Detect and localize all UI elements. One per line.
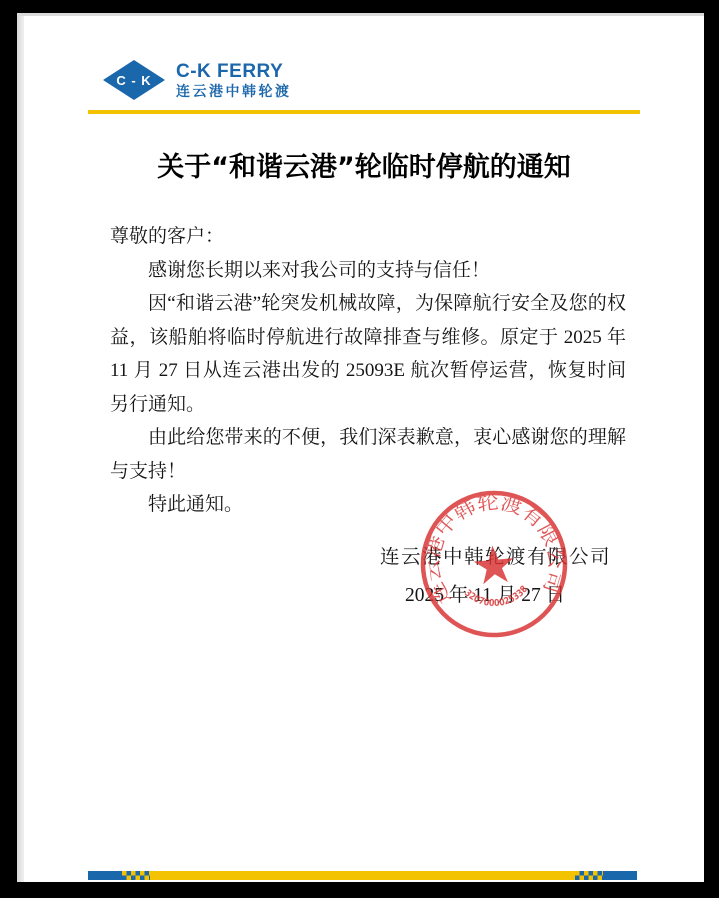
logo-diamond-icon: C - K <box>103 60 165 100</box>
footer-bar-checker-left <box>122 871 150 880</box>
salutation: 尊敬的客户： <box>110 220 626 254</box>
paragraph-2: 因“和谐云港”轮突发机械故障，为保障航行安全及您的权益，该船舶将临时停航进行故障… <box>110 287 626 421</box>
company-logo: C - K C-K FERRY 连云港中韩轮渡 <box>103 60 292 100</box>
header-divider-rule <box>88 110 640 114</box>
logo-diamond-text: C - K <box>116 73 151 88</box>
paragraph-1: 感谢您长期以来对我公司的支持与信任！ <box>110 254 626 288</box>
logo-text-block: C-K FERRY 连云港中韩轮渡 <box>176 61 292 99</box>
footer-decorative-bar <box>88 871 637 880</box>
footer-bar-blue-left <box>88 871 122 880</box>
footer-bar-blue-right <box>603 871 637 880</box>
notice-body: 尊敬的客户： 感谢您长期以来对我公司的支持与信任！ 因“和谐云港”轮突发机械故障… <box>110 220 626 522</box>
notice-page: C - K C-K FERRY 连云港中韩轮渡 关于“和谐云港”轮临时停航的通知… <box>17 13 704 882</box>
brand-name-english: C-K FERRY <box>176 61 292 83</box>
page-edge-top <box>17 13 704 16</box>
screenshot-root: { "header": { "logo": { "diamond_text": … <box>0 0 719 898</box>
brand-name-chinese: 连云港中韩轮渡 <box>176 83 292 99</box>
notice-title: 关于“和谐云港”轮临时停航的通知 <box>88 145 640 184</box>
page-edge-left <box>17 13 24 882</box>
company-seal-stamp: 连云港中韩轮渡有限公司 ★ 3207000025338 <box>407 477 580 650</box>
footer-bar-yellow-middle <box>150 871 575 880</box>
seal-star-icon: ★ <box>468 535 520 597</box>
seal-svg: 连云港中韩轮渡有限公司 ★ 3207000025338 <box>407 477 580 650</box>
footer-bar-checker-right <box>575 871 603 880</box>
